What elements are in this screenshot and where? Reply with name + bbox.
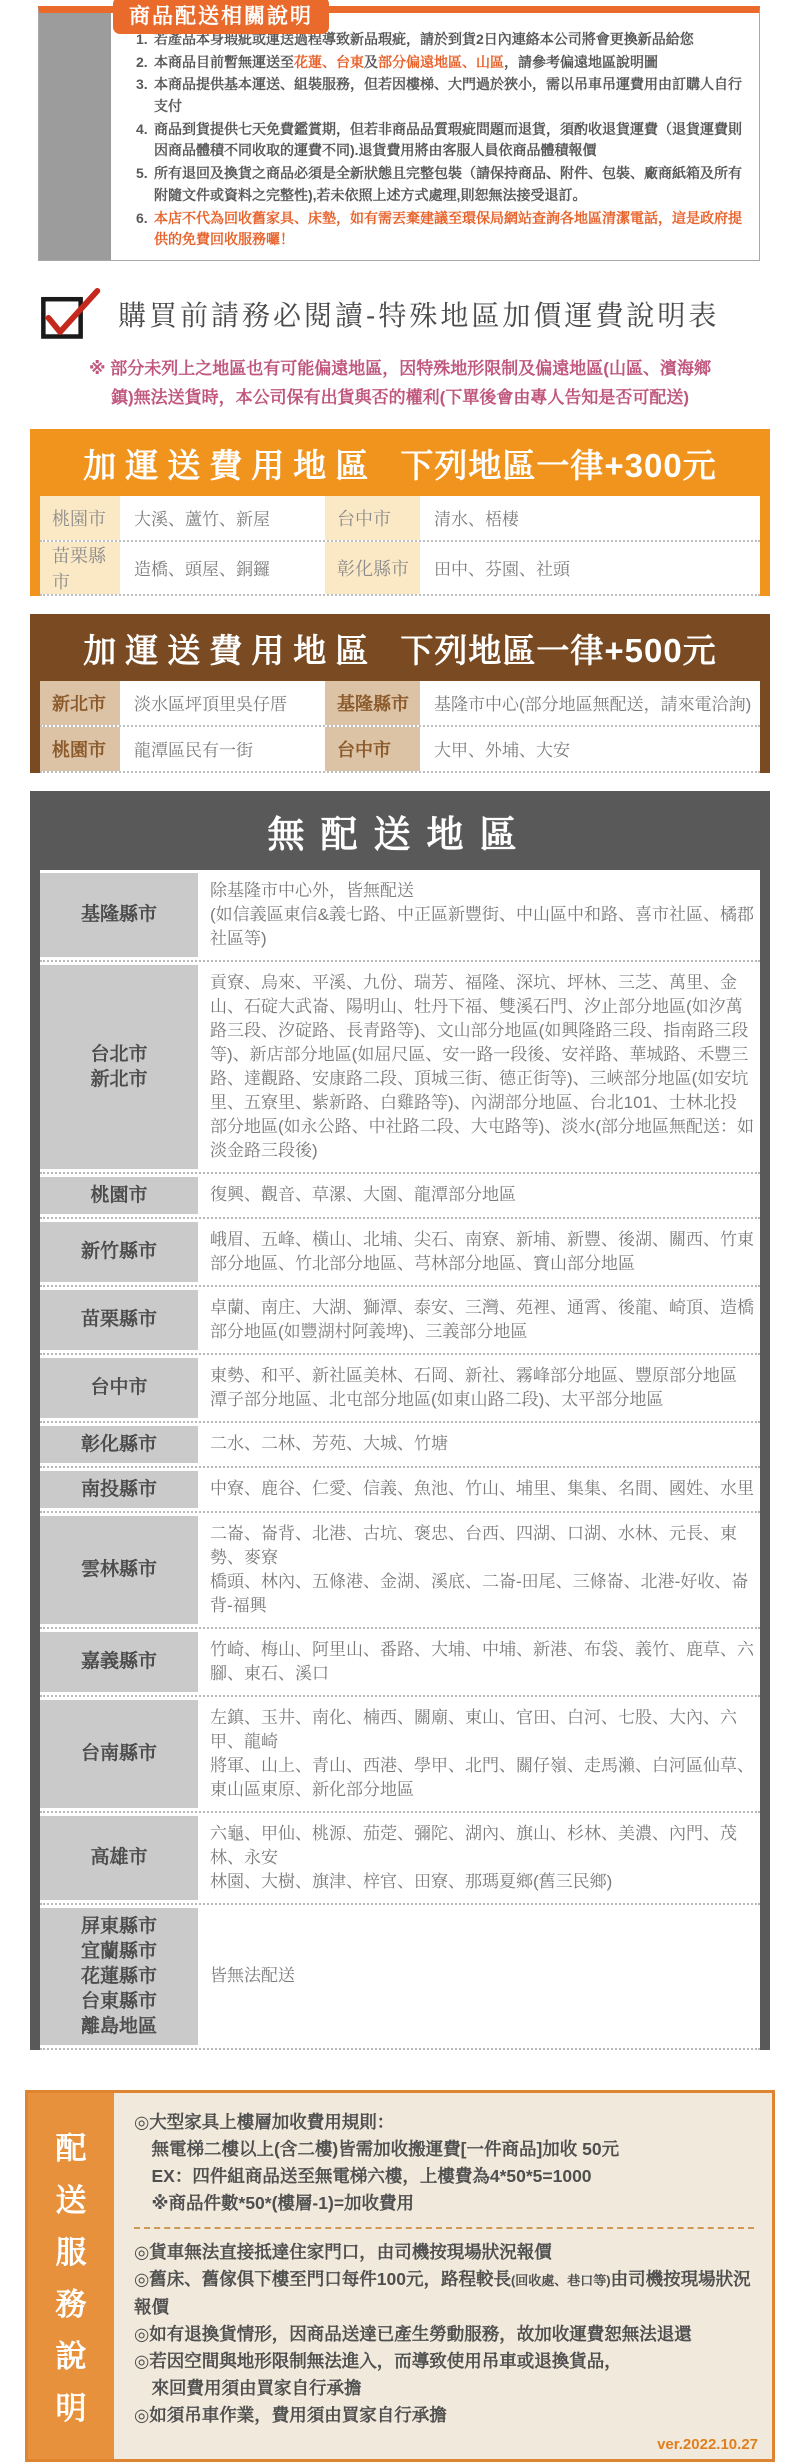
text-segment: 本商品提供基本運送、組裝服務，但若因樓梯、大門過於狹小，需以吊車吊運費用由訂購人… [154, 76, 742, 114]
extra-fee-500-header: 加運送費用地區 下列地區一律+500元 [30, 614, 770, 681]
district-list: 龍潭區民有一街 [120, 727, 325, 771]
notice-item-text: 本店不代為回收舊家具、床墊，如有需丟棄建議至環保局網站查詢各地區清潔電話，這是政… [154, 208, 745, 251]
region-label-line: 新北市 [90, 1067, 147, 1092]
region-label: 台中市 [325, 727, 420, 771]
region-label-line: 屏東縣市 [81, 1914, 157, 1939]
no-delivery-row: 新竹縣市峨眉、五峰、橫山、北埔、尖石、南寮、新埔、新豐、後湖、關西、竹東部分地區… [40, 1219, 760, 1287]
region-label-line: 基隆縣市 [81, 902, 157, 927]
text-segment: 花蓮、台東 [294, 54, 364, 70]
district-list: 基隆市中心(部分地區無配送，請來電洽詢) [420, 681, 760, 725]
remote-note-line-1: ※ 部分未列上之地區也有可能偏遠地區，因特殊地形限制及偏遠地區(山區、濱海鄉 [0, 355, 800, 384]
region-label-line: 離島地區 [81, 2014, 157, 2039]
text-segment: 及 [364, 54, 378, 70]
region-label-line: 台東縣市 [81, 1989, 157, 2014]
service-side-title-char: 送 [56, 2175, 87, 2220]
checkbox-icon [40, 287, 102, 341]
district-list: 中寮、鹿谷、仁愛、信義、魚池、竹山、埔里、集集、名間、國姓、水里 [208, 1471, 760, 1507]
district-list: 東勢、和平、新社區美林、石岡、新社、霧峰部分地區、豐原部分地區 潭子部分地區、北… [208, 1358, 760, 1418]
district-list: 大溪、蘆竹、新屋 [120, 496, 325, 540]
fee-table-row: 桃園市大溪、蘆竹、新屋台中市清水、梧棲 [40, 496, 760, 542]
extra-fee-300-header: 加運送費用地區 下列地區一律+300元 [30, 429, 770, 496]
district-list: 竹崎、梅山、阿里山、番路、大埔、中埔、新港、布袋、義竹、鹿草、六腳、東石、溪口 [208, 1632, 760, 1692]
region-label: 苗栗縣市 [40, 542, 120, 594]
service-rule: ◎若因空間與地形限制無法進入，而導致使用吊車或退換貨品， [134, 2348, 754, 2375]
service-rule: EX：四件組商品送至無電梯六樓，上樓費為4*50*5=1000 [134, 2163, 754, 2190]
service-rule: ◎如有退換貨情形，因商品送達已產生勞動服務，故加收運費恕無法退還 [134, 2321, 754, 2348]
notice-item-number: 5. [136, 163, 154, 206]
district-list: 皆無法配送 [208, 1958, 760, 1994]
extra-fee-500-body: 新北市淡水區坪頂里吳仔厝基隆縣市基隆市中心(部分地區無配送，請來電洽詢)桃園市龍… [40, 681, 760, 773]
region-label: 台北市新北市 [40, 965, 198, 1169]
fee-table-row: 苗栗縣市造橋、頭屋、銅鑼彰化縣市田中、芬園、社頭 [40, 542, 760, 596]
text-segment: 商品到貨提供七天免費鑑賞期，但若非商品品質瑕疵問題而退貨，須酌收退貨運費（退貨運… [154, 121, 742, 159]
district-list: 二水、二林、芳苑、大城、竹塘 [208, 1426, 760, 1462]
delivery-notice-box: 商品配送相關說明 1.若產品本身瑕疵或運送過程導致新品瑕疵，請於到貨2日內連絡本… [38, 6, 760, 261]
region-label-line: 桃園市 [90, 1183, 147, 1208]
region-label: 基隆縣市 [40, 873, 198, 957]
fee-header-amount: 下列地區一律+500元 [400, 632, 716, 669]
region-label-line: 台北市 [90, 1042, 147, 1067]
extra-fee-300-body: 桃園市大溪、蘆竹、新屋台中市清水、梧棲苗栗縣市造橋、頭屋、銅鑼彰化縣市田中、芬園… [40, 496, 760, 596]
text-segment: 來回費用須由買家自行承擔 [134, 2378, 362, 2398]
text-segment: ◎如有退換貨情形，因商品送達已產生勞動服務，故加收運費恕無法退還 [134, 2324, 692, 2344]
text-segment: ◎若因空間與地形限制無法進入，而導致使用吊車或退換貨品， [134, 2351, 622, 2371]
notice-title-badge: 商品配送相關說明 [113, 0, 329, 34]
region-label: 基隆縣市 [325, 681, 420, 725]
region-label: 南投縣市 [40, 1471, 198, 1508]
text-segment: (回收處、巷口等) [511, 2273, 611, 2288]
region-label: 台中市 [325, 496, 420, 540]
notice-item-text: 所有退回及換貨之商品必須是全新狀態且完整包裝（請保持商品、附件、包裝、廠商紙箱及… [154, 163, 745, 206]
no-delivery-row: 雲林縣市二崙、崙背、北港、古坑、褒忠、台西、四湖、口湖、水林、元長、東勢、麥寮 … [40, 1513, 760, 1629]
remote-note-line-2: 鎮)無法送貨時，本公司保有出貨與否的權利(下單後會由專人告知是否可配送) [0, 384, 800, 413]
text-segment: ，請參考偏遠地區說明圖 [504, 54, 658, 70]
region-label-line: 台中市 [90, 1375, 147, 1400]
service-side-title: 配送服務說明 [28, 2093, 114, 2459]
extra-fee-300-table: 加運送費用地區 下列地區一律+300元 桃園市大溪、蘆竹、新屋台中市清水、梧棲苗… [30, 429, 770, 596]
notice-item-text: 商品到貨提供七天免費鑑賞期，但若非商品品質瑕疵問題而退貨，須酌收退貨運費（退貨運… [154, 119, 745, 162]
page: 商品配送相關說明 1.若產品本身瑕疵或運送過程導致新品瑕疵，請於到貨2日內連絡本… [0, 6, 800, 2462]
no-delivery-row: 南投縣市中寮、鹿谷、仁愛、信義、魚池、竹山、埔里、集集、名間、國姓、水里 [40, 1468, 760, 1513]
region-label: 桃園市 [40, 1177, 198, 1214]
no-delivery-row: 彰化縣市二水、二林、芳苑、大城、竹塘 [40, 1423, 760, 1468]
region-label-line: 高雄市 [90, 1845, 147, 1870]
district-list: 淡水區坪頂里吳仔厝 [120, 681, 325, 725]
notice-item: 2.本商品目前暫無運送至花蓮、台東及部分偏遠地區、山區，請參考偏遠地區說明圖 [136, 52, 745, 74]
notice-item-number: 2. [136, 52, 154, 74]
service-side-title-char: 說 [56, 2331, 87, 2376]
notice-item-text: 本商品目前暫無運送至花蓮、台東及部分偏遠地區、山區，請參考偏遠地區說明圖 [154, 52, 745, 74]
notice-item: 3.本商品提供基本運送、組裝服務，但若因樓梯、大門過於狹小，需以吊車吊運費用由訂… [136, 74, 745, 117]
delivery-service-box: 配送服務說明 ◎大型家具上樓層加收費用規則： 無電梯二樓以上(含二樓)皆需加收搬… [25, 2090, 775, 2462]
no-delivery-row: 台中市東勢、和平、新社區美林、石岡、新社、霧峰部分地區、豐原部分地區 潭子部分地… [40, 1355, 760, 1423]
service-rule: ◎舊床、舊傢俱下樓至門口每件100元，路程較長(回收處、巷口等)由司機按現場狀況… [134, 2266, 754, 2321]
purchase-title-row: 購買前請務必閱讀-特殊地區加價運費說明表 [40, 287, 800, 341]
region-label-line: 宜蘭縣市 [81, 1939, 157, 1964]
region-label: 雲林縣市 [40, 1516, 198, 1624]
region-label: 彰化縣市 [325, 542, 420, 594]
text-segment: 本店不代為回收舊家具、床墊，如有需丟棄建議至環保局網站查詢各地區清潔電話，這是政… [154, 210, 742, 248]
notice-accent-bar [39, 13, 111, 260]
purchase-title-text: 購買前請務必閱讀-特殊地區加價運費說明表 [118, 294, 719, 334]
fee-header-title: 加運送費用地區 [83, 632, 377, 669]
notice-item: 6.本店不代為回收舊家具、床墊，如有需丟棄建議至環保局網站查詢各地區清潔電話，這… [136, 208, 745, 251]
notice-item-number: 6. [136, 208, 154, 251]
text-segment: 無電梯二樓以上(含二樓)皆需加收搬運費[一件商品]加收 50元 [134, 2139, 619, 2159]
notice-item-number: 4. [136, 119, 154, 162]
service-side-title-char: 務 [56, 2279, 87, 2324]
region-label-line: 南投縣市 [81, 1477, 157, 1502]
remote-area-note: ※ 部分未列上之地區也有可能偏遠地區，因特殊地形限制及偏遠地區(山區、濱海鄉 鎮… [0, 355, 800, 413]
district-list: 除基隆市中心外，皆無配送 (如信義區東信&義七路、中正區新豐街、中山區中和路、喜… [208, 873, 760, 957]
region-label: 桃園市 [40, 496, 120, 540]
service-content: ◎大型家具上樓層加收費用規則： 無電梯二樓以上(含二樓)皆需加收搬運費[一件商品… [134, 2109, 754, 2429]
notice-list: 1.若產品本身瑕疵或運送過程導致新品瑕疵，請於到貨2日內連絡本公司將會更換新品給… [136, 29, 745, 251]
text-segment: 本商品目前暫無運送至 [154, 54, 294, 70]
text-segment: ◎如須吊車作業，費用須由買家自行承擔 [134, 2405, 447, 2425]
region-label: 台南縣市 [40, 1700, 198, 1808]
region-label-line: 彰化縣市 [81, 1432, 157, 1457]
region-label: 台中市 [40, 1358, 198, 1418]
service-side-title-char: 服 [56, 2227, 87, 2272]
region-label-line: 花蓮縣市 [81, 1964, 157, 1989]
service-side-title-char: 配 [56, 2123, 87, 2168]
no-delivery-table: 無配送地區 基隆縣市除基隆市中心外，皆無配送 (如信義區東信&義七路、中正區新豐… [30, 791, 770, 2050]
no-delivery-header: 無配送地區 [30, 791, 770, 870]
no-delivery-row: 基隆縣市除基隆市中心外，皆無配送 (如信義區東信&義七路、中正區新豐街、中山區中… [40, 870, 760, 962]
district-list: 清水、梧棲 [420, 496, 760, 540]
service-rule-group-2: ◎貨車無法直接抵達住家門口，由司機按現場狀況報價◎舊床、舊傢俱下樓至門口每件10… [134, 2239, 754, 2429]
region-label: 高雄市 [40, 1816, 198, 1900]
region-label: 彰化縣市 [40, 1426, 198, 1463]
region-label-line: 苗栗縣市 [81, 1307, 157, 1332]
text-segment: 部分偏遠地區、山區 [378, 54, 504, 70]
notice-item: 4.商品到貨提供七天免費鑑賞期，但若非商品品質瑕疵問題而退貨，須酌收退貨運費（退… [136, 119, 745, 162]
text-segment: ◎舊床、舊傢俱下樓至門口每件100元，路程較長 [134, 2269, 511, 2289]
version-label: ver.2022.10.27 [657, 2436, 758, 2453]
district-list: 大甲、外埔、大安 [420, 727, 760, 771]
service-rule-group-1: ◎大型家具上樓層加收費用規則： 無電梯二樓以上(含二樓)皆需加收搬運費[一件商品… [134, 2109, 754, 2217]
region-label: 桃園市 [40, 727, 120, 771]
no-delivery-row: 屏東縣市宜蘭縣市花蓮縣市台東縣市離島地區皆無法配送 [40, 1905, 760, 2050]
no-delivery-row: 桃園市復興、觀音、草漯、大園、龍潭部分地區 [40, 1174, 760, 1219]
service-rule: ※商品件數*50*(樓層-1)=加收費用 [134, 2190, 754, 2217]
no-delivery-row: 台南縣市左鎮、玉井、南化、楠西、關廟、東山、官田、白河、七股、大內、六甲、龍崎 … [40, 1697, 760, 1813]
region-label: 嘉義縣市 [40, 1632, 198, 1692]
region-label-line: 雲林縣市 [81, 1557, 157, 1582]
text-segment: ◎貨車無法直接抵達住家門口，由司機按現場狀況報價 [134, 2242, 552, 2262]
no-delivery-row: 高雄市六龜、甲仙、桃源、茄萣、彌陀、湖內、旗山、杉林、美濃、內門、茂林、永安 林… [40, 1813, 760, 1905]
district-list: 田中、芬園、社頭 [420, 542, 760, 594]
fee-header-title: 加運送費用地區 [83, 447, 377, 484]
district-list: 復興、觀音、草漯、大園、龍潭部分地區 [208, 1177, 760, 1213]
text-segment: EX：四件組商品送至無電梯六樓，上樓費為4*50*5=1000 [134, 2166, 592, 2186]
region-label-line: 新竹縣市 [81, 1239, 157, 1264]
district-list: 貢寮、烏來、平溪、九份、瑞芳、福隆、深坑、坪林、三芝、萬里、金山、石碇大武崙、陽… [208, 965, 760, 1169]
service-rule: ◎大型家具上樓層加收費用規則： [134, 2109, 754, 2136]
district-list: 二崙、崙背、北港、古坑、褒忠、台西、四湖、口湖、水林、元長、東勢、麥寮 橋頭、林… [208, 1516, 760, 1624]
extra-fee-500-table: 加運送費用地區 下列地區一律+500元 新北市淡水區坪頂里吳仔厝基隆縣市基隆市中… [30, 614, 770, 773]
region-label: 新北市 [40, 681, 120, 725]
notice-item: 5.所有退回及換貨之商品必須是全新狀態且完整包裝（請保持商品、附件、包裝、廠商紙… [136, 163, 745, 206]
service-rule: ◎貨車無法直接抵達住家門口，由司機按現場狀況報價 [134, 2239, 754, 2266]
district-list: 峨眉、五峰、橫山、北埔、尖石、南寮、新埔、新豐、後湖、關西、竹東部分地區、竹北部… [208, 1222, 760, 1282]
notice-item-text: 本商品提供基本運送、組裝服務，但若因樓梯、大門過於狹小，需以吊車吊運費用由訂購人… [154, 74, 745, 117]
fee-header-amount: 下列地區一律+300元 [400, 447, 716, 484]
text-segment: ◎大型家具上樓層加收費用規則： [134, 2112, 394, 2132]
district-list: 左鎮、玉井、南化、楠西、關廟、東山、官田、白河、七股、大內、六甲、龍崎 將軍、山… [208, 1700, 760, 1808]
service-side-title-char: 明 [56, 2383, 87, 2428]
district-list: 卓蘭、南庄、大湖、獅潭、泰安、三灣、苑裡、通霄、後龍、崎頂、造橋部分地區(如豐湖… [208, 1290, 760, 1350]
service-rule: 來回費用須由買家自行承擔 [134, 2375, 754, 2402]
service-rule: 無電梯二樓以上(含二樓)皆需加收搬運費[一件商品]加收 50元 [134, 2136, 754, 2163]
no-delivery-body: 基隆縣市除基隆市中心外，皆無配送 (如信義區東信&義七路、中正區新豐街、中山區中… [40, 870, 760, 2050]
region-label: 新竹縣市 [40, 1222, 198, 1282]
service-rule: ◎如須吊車作業，費用須由買家自行承擔 [134, 2402, 754, 2429]
no-delivery-row: 台北市新北市貢寮、烏來、平溪、九份、瑞芳、福隆、深坑、坪林、三芝、萬里、金山、石… [40, 962, 760, 1174]
region-label: 屏東縣市宜蘭縣市花蓮縣市台東縣市離島地區 [40, 1908, 198, 2045]
notice-item-number: 3. [136, 74, 154, 117]
region-label: 苗栗縣市 [40, 1290, 198, 1350]
service-divider [134, 2227, 754, 2229]
text-segment: ※商品件數*50*(樓層-1)=加收費用 [134, 2193, 414, 2213]
region-label-line: 台南縣市 [81, 1741, 157, 1766]
no-delivery-row: 嘉義縣市竹崎、梅山、阿里山、番路、大埔、中埔、新港、布袋、義竹、鹿草、六腳、東石… [40, 1629, 760, 1697]
no-delivery-row: 苗栗縣市卓蘭、南庄、大湖、獅潭、泰安、三灣、苑裡、通霄、後龍、崎頂、造橋部分地區… [40, 1287, 760, 1355]
district-list: 造橋、頭屋、銅鑼 [120, 542, 325, 594]
fee-table-row: 新北市淡水區坪頂里吳仔厝基隆縣市基隆市中心(部分地區無配送，請來電洽詢) [40, 681, 760, 727]
fee-table-row: 桃園市龍潭區民有一街台中市大甲、外埔、大安 [40, 727, 760, 773]
district-list: 六龜、甲仙、桃源、茄萣、彌陀、湖內、旗山、杉林、美濃、內門、茂林、永安 林園、大… [208, 1816, 760, 1900]
text-segment: 所有退回及換貨之商品必須是全新狀態且完整包裝（請保持商品、附件、包裝、廠商紙箱及… [154, 165, 742, 203]
region-label-line: 嘉義縣市 [81, 1649, 157, 1674]
